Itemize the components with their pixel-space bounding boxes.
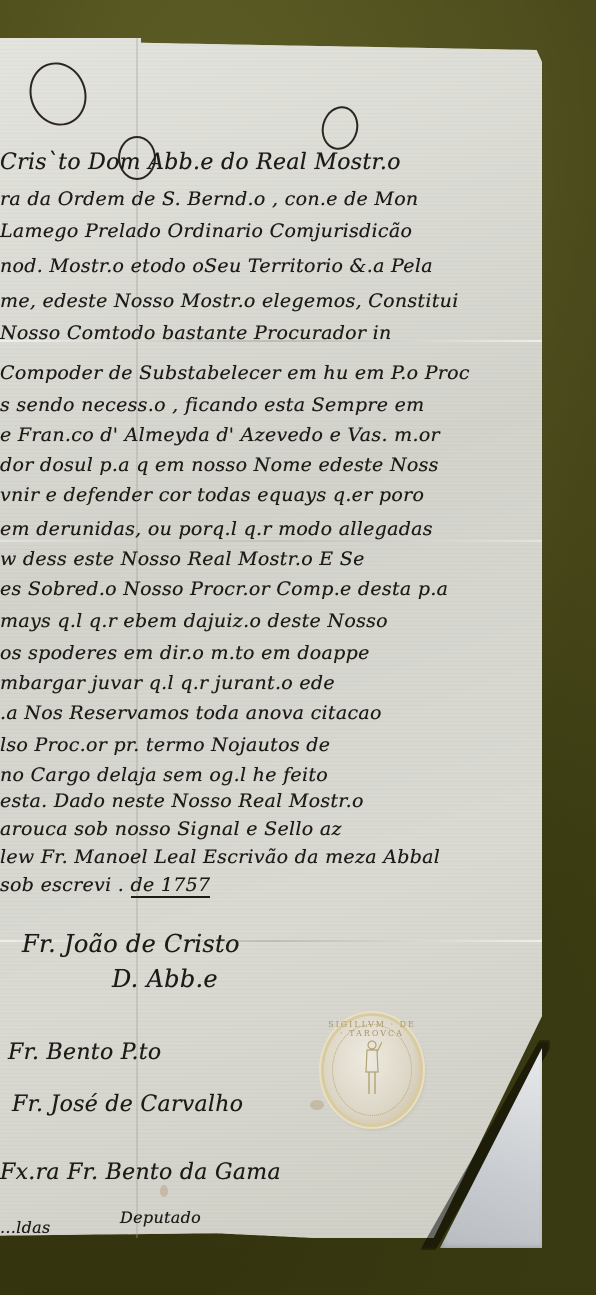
manuscript-line: esta. Dado neste Nosso Real Mostr.o	[0, 790, 364, 812]
manuscript-line: ra da Ordem de S. Bernd.o , con.e de Mon	[0, 188, 418, 210]
manuscript-line: sob escrevi . de 1757	[0, 874, 210, 896]
saint-figure-icon	[362, 1038, 382, 1098]
manuscript-line: em derunidas, ou porq.l q.r modo allegad…	[0, 518, 433, 540]
signature-jose-carvalho: Fr. José de Carvalho	[12, 1092, 243, 1117]
manuscript-line: es Sobred.o Nosso Procr.or Comp.e desta …	[0, 578, 448, 600]
horizontal-fold	[0, 540, 542, 542]
foxing-stain	[160, 1185, 168, 1197]
closing-phrase: sob escrevi .	[0, 874, 124, 896]
manuscript-line: Nosso Comtodo bastante Procurador in	[0, 322, 392, 344]
manuscript-line: .a Nos Reservamos toda anova citacao	[0, 702, 382, 724]
signature-bento-gama: Fx.ra Fr. Bento da Gama	[0, 1160, 281, 1185]
embossed-seal: SIGILLVM · DE · TAROVCA	[324, 1016, 420, 1124]
manuscript-line: arouca sob nosso Signal e Sello az	[0, 818, 342, 840]
signature-fragment: ...ldas	[0, 1218, 50, 1237]
manuscript-line: e Fran.co d' Almeyda d' Azevedo e Vas. m…	[0, 424, 440, 446]
signature-bento-gama-name: Fr. Bento da Gama	[67, 1160, 281, 1185]
manuscript-line: lew Fr. Manoel Leal Escrivão da meza Abb…	[0, 846, 440, 868]
seal-legend: SIGILLVM · DE · TAROVCA	[324, 1020, 420, 1038]
manuscript-line: Crisˋto Dom Abb.e do Real Mostr.o	[0, 150, 401, 175]
manuscript-line: dor dosul p.a q em nosso Nome edeste Nos…	[0, 454, 439, 476]
signature-bento: Fr. Bento P.to	[8, 1040, 161, 1065]
signature-bento-suffix: P.to	[121, 1040, 162, 1065]
manuscript-line: nod. Mostr.o etodo oSeu Territorio &.a P…	[0, 255, 433, 277]
manuscript-line: mbargar juvar q.l q.r jurant.o ede	[0, 672, 335, 694]
manuscript-line: lso Proc.or pr. termo Nojautos de	[0, 734, 330, 756]
manuscript-line: mays q.l q.r ebem dajuiz.o deste Nosso	[0, 610, 388, 632]
signature-abbot-title: D. Abb.e	[112, 965, 218, 993]
manuscript-line: Lamego Prelado Ordinario Comjurisdicão	[0, 220, 412, 242]
signature-prefix: Fx.ra	[0, 1160, 60, 1185]
signature-bento-name: Fr. Bento	[8, 1040, 114, 1065]
manuscript-line: vnir e defender cor todas equays q.er po…	[0, 484, 424, 506]
foxing-stain	[310, 1100, 324, 1110]
manuscript-line: os spoderes em dir.o m.to em doappe	[0, 642, 370, 664]
manuscript-line: s sendo necess.o , ficando esta Sempre e…	[0, 394, 424, 416]
manuscript-line: w dess este Nosso Real Mostr.o E Se	[0, 548, 365, 570]
signature-deputado-title: Deputado	[120, 1208, 201, 1227]
manuscript-line: me, edeste Nosso Mostr.o elegemos, Const…	[0, 290, 459, 312]
document-date: de 1757	[131, 874, 211, 898]
manuscript-line: Compoder de Substabelecer em hu em P.o P…	[0, 362, 470, 384]
manuscript-line: no Cargo delaja sem og.l he feito	[0, 764, 328, 786]
signature-abbot-name: Fr. João de Cristo	[22, 930, 240, 958]
